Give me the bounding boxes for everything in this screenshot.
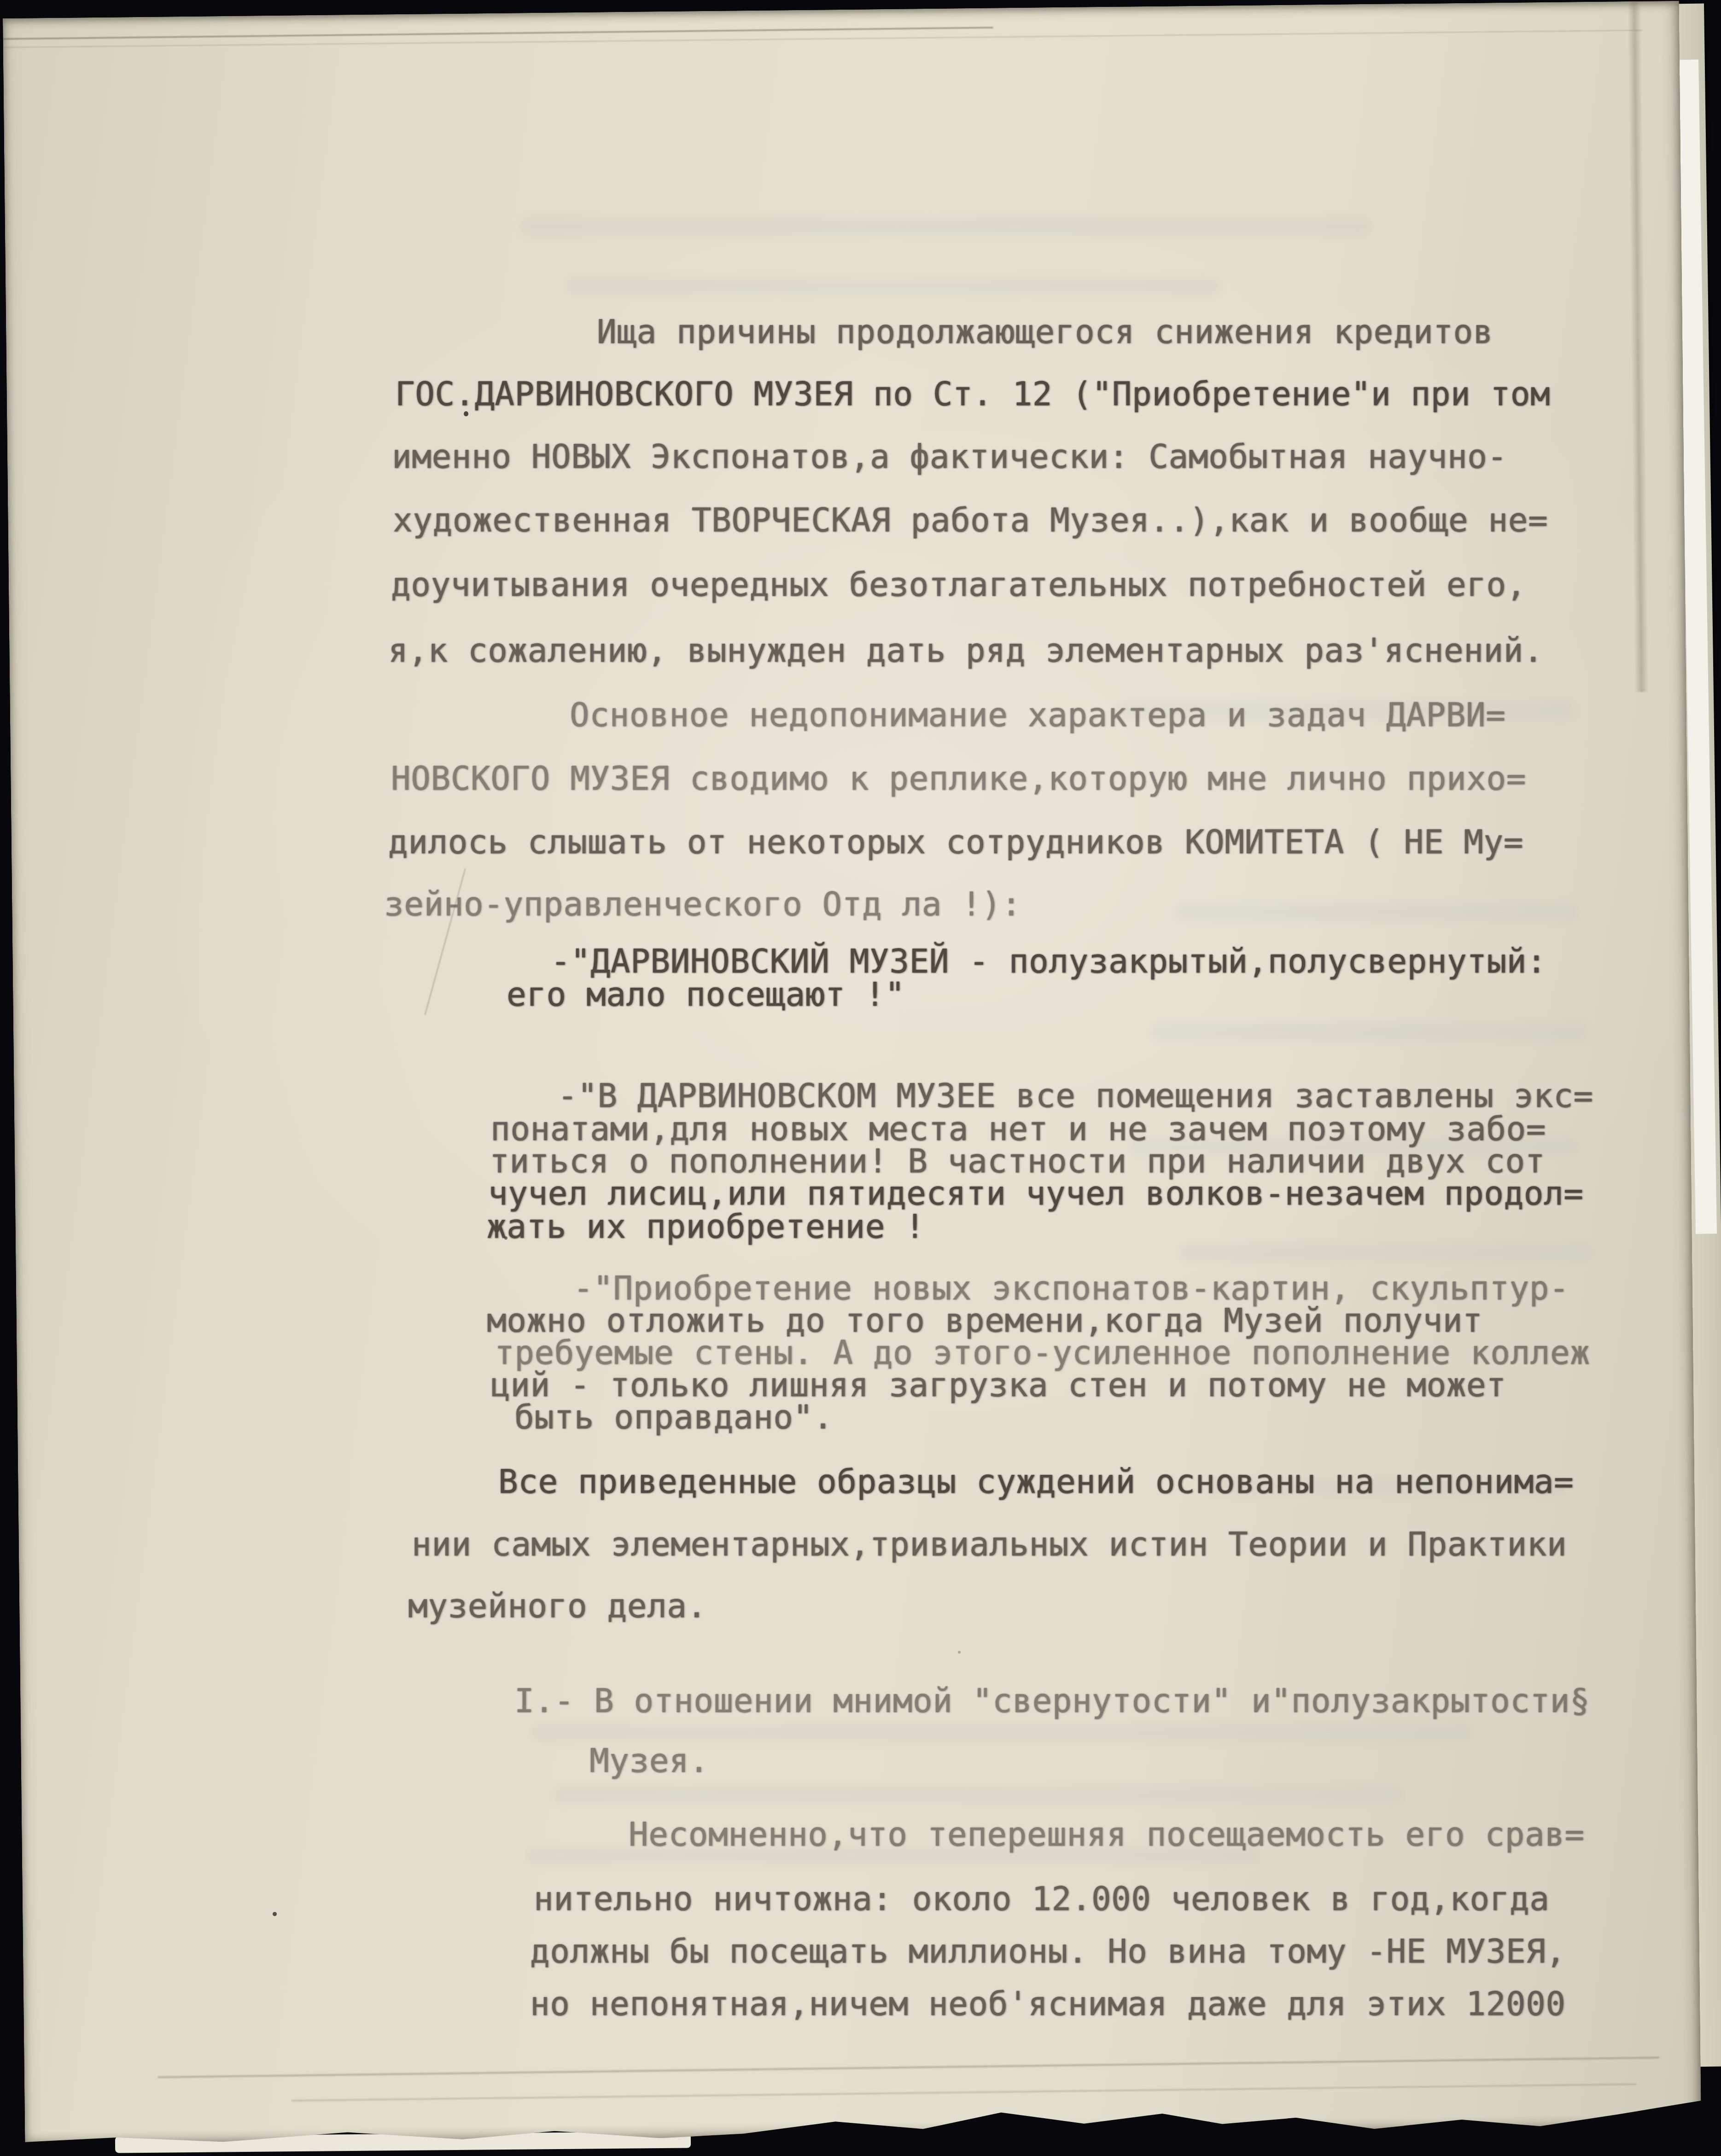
scanned-typewritten-page: { "scan": { "background_color": "#07070c… bbox=[0, 0, 1721, 2156]
typed-line: я,к сожалению, вынужден дать ряд элемент… bbox=[388, 634, 1543, 667]
typed-line: титься о пополнении! В частности при нал… bbox=[490, 1145, 1545, 1177]
typed-line: жать их приобретение ! bbox=[487, 1210, 925, 1243]
typed-line: -"В ДАРВИНОВСКОМ МУЗЕЕ все помещения зас… bbox=[558, 1079, 1593, 1112]
typed-line: можно отложить до того времени,когда Муз… bbox=[487, 1304, 1482, 1337]
typed-line: быть оправдано". bbox=[514, 1401, 833, 1433]
typed-line: ГОС.ДАРВИНОВСКОГО МУЗЕЯ по Ст. 12 ("Прио… bbox=[395, 378, 1550, 410]
typed-line: понатами,для новых места нет и не зачем … bbox=[490, 1113, 1546, 1145]
typed-line: -"ДАРВИНОВСКИЙ МУЗЕЙ - полузакрытый,полу… bbox=[551, 945, 1546, 978]
typed-line: Несомненно,что теперешняя посещаемость е… bbox=[629, 1818, 1585, 1851]
typed-line: I.- В отношении мнимой "свернутости" и"п… bbox=[514, 1684, 1590, 1717]
typed-line: зейно-управленческого Отд ла !): bbox=[384, 888, 1021, 921]
typed-line: но непонятная,ничем необ'яснимая даже дл… bbox=[530, 1987, 1566, 2020]
typed-line: музейного дела. bbox=[408, 1590, 707, 1622]
typed-line: должны бы посещать миллионы. Но вина том… bbox=[530, 1935, 1566, 1968]
typed-line: его мало посещают !" bbox=[507, 978, 905, 1011]
typed-line: Музея. bbox=[589, 1744, 709, 1777]
typed-line: требуемые стены. А до этого-усиленное по… bbox=[495, 1336, 1590, 1369]
typed-line: именно НОВЫХ Экспонатов,а фактически: Са… bbox=[392, 440, 1507, 473]
typed-line: художественная ТВОРЧЕСКАЯ работа Музея..… bbox=[393, 504, 1548, 536]
typed-line: Основное недопонимание характера и задач… bbox=[570, 699, 1506, 731]
typed-line: НОВСКОГО МУЗЕЯ сводимо к реплике,которую… bbox=[391, 762, 1526, 795]
typed-line: Все приведенные образцы суждений основан… bbox=[498, 1465, 1574, 1498]
typed-line: нии самых элементарных,тривиальных истин… bbox=[412, 1528, 1567, 1561]
typed-line: доучитывания очередных безотлагательных … bbox=[391, 568, 1526, 601]
typed-line: -"Приобретение новых экспонатов-картин, … bbox=[573, 1272, 1569, 1305]
typed-line: нительно ничтожна: около 12.000 человек … bbox=[534, 1882, 1550, 1915]
typed-text-block: Ища причины продолжающегося снижения кре… bbox=[0, 0, 1721, 2156]
typed-line: Ища причины продолжающегося снижения кре… bbox=[597, 315, 1493, 348]
typed-line: чучел лисиц,или пятидесяти чучел волков-… bbox=[488, 1177, 1584, 1210]
typed-line: дилось слышать от некоторых сотрудников … bbox=[388, 826, 1523, 858]
typed-line: ций - только лишняя загрузка стен и пото… bbox=[490, 1369, 1506, 1401]
